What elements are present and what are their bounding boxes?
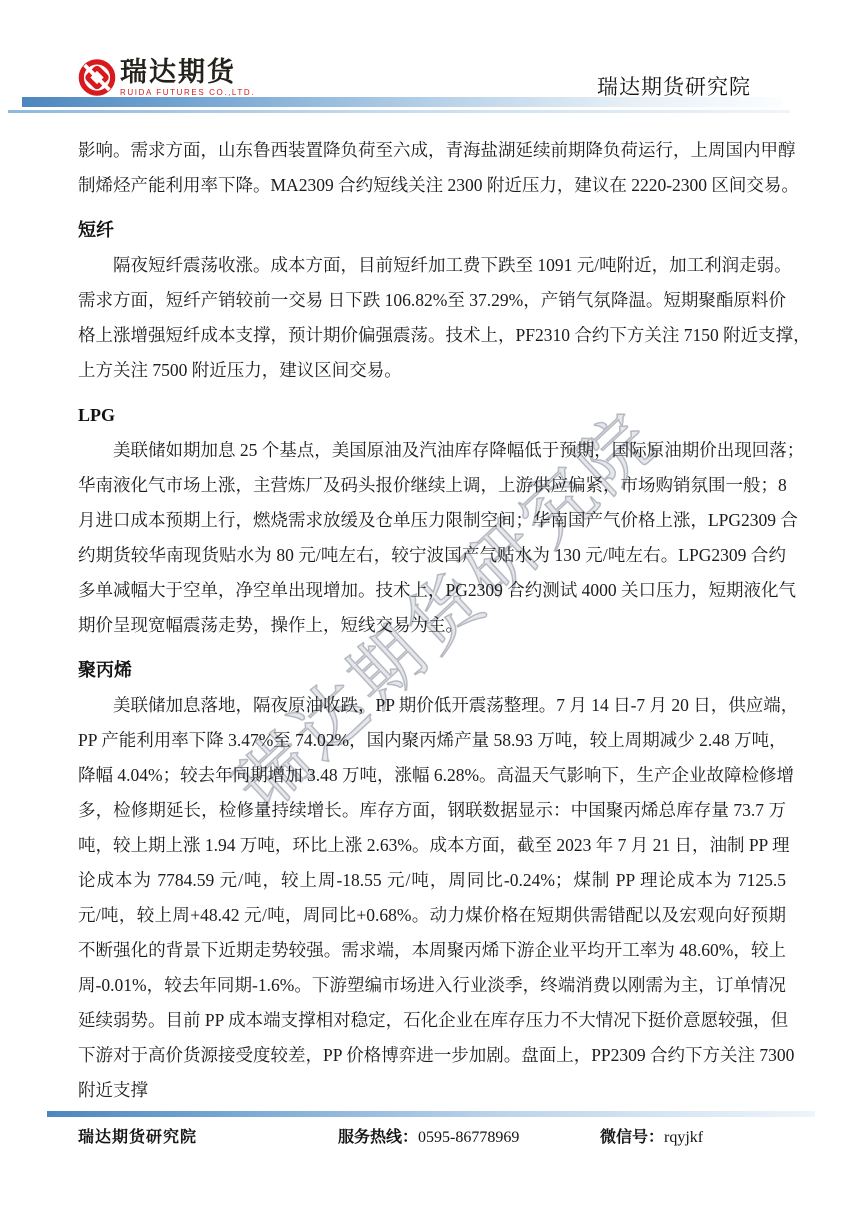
text-line: 上方关注 7500 附近压力，建议区间交易。 xyxy=(78,353,786,388)
text-line: 多单减幅大于空单，净空单出现增加。技术上，PG2309 合约测试 4000 关口… xyxy=(78,573,786,608)
text-line: 降幅 4.04%；较去年同期增加 3.48 万吨，涨幅 6.28%。高温天气影响… xyxy=(78,758,786,793)
text-line: 约期货较华南现货贴水为 80 元/吨左右，较宁波国产气贴水为 130 元/吨左右… xyxy=(78,538,786,573)
section-heading: 聚丙烯 xyxy=(78,653,786,688)
text-line: 美联储如期加息 25 个基点，美国原油及汽油库存降幅低于预期，国际原油期价出现回… xyxy=(78,433,786,468)
text-line: 美联储加息落地，隔夜原油收跌，PP 期价低开震荡整理。7 月 14 日-7 月 … xyxy=(78,688,786,723)
footer-wechat: 微信号：rqyjkf xyxy=(600,1124,703,1147)
text-line: 吨，较上期上涨 1.94 万吨，环比上涨 2.63%。成本方面，截至 2023 … xyxy=(78,828,786,863)
text-line: 期价呈现宽幅震荡走势，操作上，短线交易为主。 xyxy=(78,608,786,643)
header-divider-bar xyxy=(22,97,782,107)
text-line: PP 产能利用率下降 3.47%至 74.02%，国内聚丙烯产量 58.93 万… xyxy=(78,723,786,758)
footer-wechat-id: rqyjkf xyxy=(664,1129,703,1146)
text-line: 多，检修期延长，检修量持续增长。库存方面，钢联数据显示：中国聚丙烯总库存量 73… xyxy=(78,793,786,828)
document-body: 影响。需求方面，山东鲁西装置降负荷至六成，青海盐湖延续前期降负荷运行，上周国内甲… xyxy=(78,133,786,1108)
logo-subtitle: RUIDA FUTURES CO.,LTD. xyxy=(120,88,255,97)
text-line: 制烯烃产能利用率下降。MA2309 合约短线关注 2300 附近压力，建议在 2… xyxy=(78,168,786,203)
ruida-logo: 瑞达期货 RUIDA FUTURES CO.,LTD. xyxy=(78,57,255,98)
footer-hotline-number: 0595-86778969 xyxy=(418,1129,519,1146)
text-line: 隔夜短纤震荡收涨。成本方面，目前短纤加工费下跌至 1091 元/吨附近，加工利润… xyxy=(78,248,786,283)
section-heading: LPG xyxy=(78,398,786,433)
text-line: 华南液化气市场上涨，主营炼厂及码头报价继续上调，上游供应偏紧，市场购销氛围一般；… xyxy=(78,468,786,503)
section-heading: 短纤 xyxy=(78,213,786,248)
logo-text: 瑞达期货 RUIDA FUTURES CO.,LTD. xyxy=(120,57,255,97)
text-line: 周-0.01%，较去年同期-1.6%。下游塑编市场进入行业淡季，终端消费以刚需为… xyxy=(78,968,786,1003)
footer-divider-bar xyxy=(47,1111,815,1117)
footer: 瑞达期货研究院 服务热线：0595-86778969 微信号：rqyjkf xyxy=(0,1124,860,1146)
text-line: 格上涨增强短纤成本支撑，预计期价偏强震荡。技术上，PF2310 合约下方关注 7… xyxy=(78,318,786,353)
text-line: 延续弱势。目前 PP 成本端支撑相对稳定，石化企业在库存压力不大情况下挺价意愿较… xyxy=(78,1003,786,1038)
text-line: 下游对于高价货源接受度较差，PP 价格博弈进一步加剧。盘面上，PP2309 合约… xyxy=(78,1038,786,1073)
text-line: 不断强化的背景下近期走势较强。需求端，本周聚丙烯下游企业平均开工率为 48.60… xyxy=(78,933,786,968)
logo-brand-name: 瑞达期货 xyxy=(120,57,255,87)
report-page: 瑞达期货 RUIDA FUTURES CO.,LTD. 瑞达期货研究院 瑞达期货… xyxy=(0,0,860,1217)
footer-institute: 瑞达期货研究院 xyxy=(78,1124,197,1147)
footer-hotline: 服务热线：0595-86778969 xyxy=(338,1124,519,1147)
text-line: 影响。需求方面，山东鲁西装置降负荷至六成，青海盐湖延续前期降负荷运行，上周国内甲… xyxy=(78,133,786,168)
ruida-logo-icon xyxy=(78,57,116,98)
text-line: 论成本为 7784.59 元/吨，较上周-18.55 元/吨，周同比-0.24%… xyxy=(78,863,786,898)
text-line: 月进口成本预期上行，燃烧需求放缓及仓单压力限制空间；华南国产气价格上涨，LPG2… xyxy=(78,503,786,538)
text-line: 需求方面，短纤产销较前一交易 日下跌 106.82%至 37.29%，产销气氛降… xyxy=(78,283,786,318)
header-divider-thin-line xyxy=(8,110,790,113)
footer-hotline-label: 服务热线： xyxy=(338,1129,418,1146)
text-line: 元/吨，较上周+48.42 元/吨，周同比+0.68%。动力煤价格在短期供需错配… xyxy=(78,898,786,933)
text-line: 附近支撑 xyxy=(78,1073,786,1108)
footer-wechat-label: 微信号： xyxy=(600,1129,664,1146)
